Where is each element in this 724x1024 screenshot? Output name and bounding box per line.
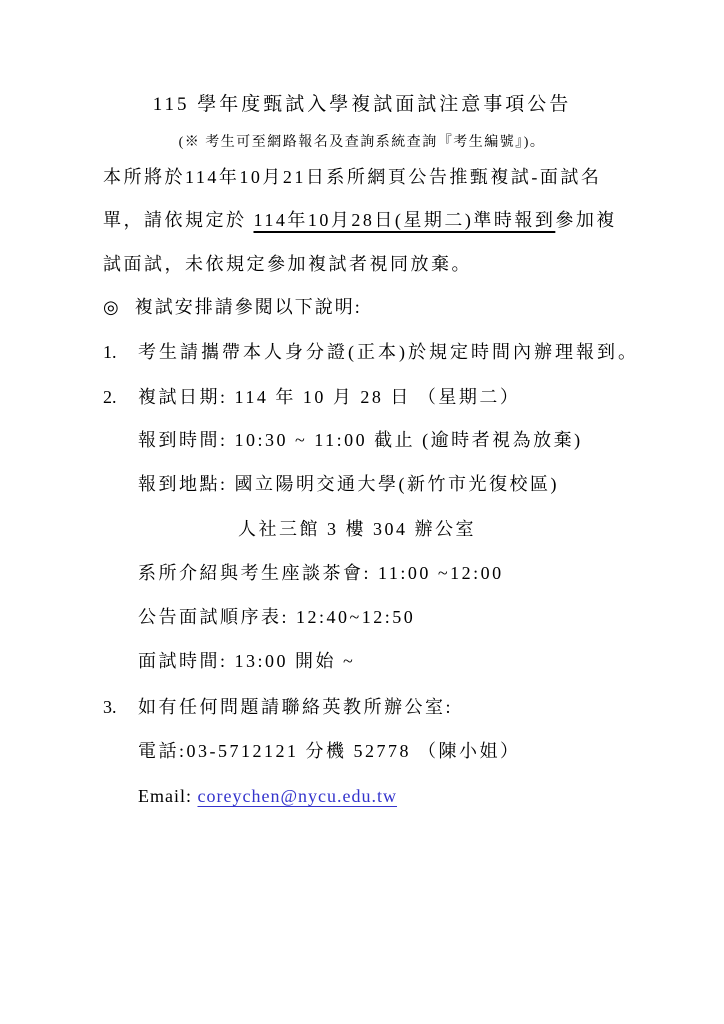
item-2-tea-session: 系所介紹與考生座談茶會: 11:00 ~12:00: [138, 561, 504, 585]
list-item-1: 1.考生請攜帶本人身分證(正本)於規定時間內辦理報到。: [103, 340, 639, 364]
email-link[interactable]: coreychen@nycu.edu.tw: [198, 786, 398, 806]
item-2-interview-time: 面試時間: 13:00 開始 ~: [138, 649, 355, 673]
email-label: Email:: [138, 786, 198, 806]
list-item-1-text: 考生請攜帶本人身分證(正本)於規定時間內辦理報到。: [138, 342, 639, 362]
list-item-2: 2.複試日期: 114 年 10 月 28 日 （星期二）: [103, 385, 520, 409]
list-item-3-number: 3.: [103, 695, 138, 719]
section-heading: ◎複試安排請參閱以下說明:: [103, 295, 362, 319]
intro-line-1: 本所將於114年10月21日系所網頁公告推甄複試-面試名: [103, 165, 601, 189]
list-item-3-text: 如有任何問題請聯絡英教所辦公室:: [138, 697, 453, 717]
list-item-2-number: 2.: [103, 385, 138, 409]
list-item-2-text: 複試日期: 114 年 10 月 28 日 （星期二）: [138, 387, 520, 407]
intro-line-2: 單，請依規定於 114年10月28日(星期二)準時報到參加複: [103, 208, 617, 232]
list-item-1-number: 1.: [103, 340, 138, 364]
item-2-location-building: 人社三館 3 樓 304 辦公室: [238, 517, 476, 541]
contact-phone: 電話:03-5712121 分機 52778 （陳小姐）: [138, 739, 521, 763]
section-heading-text: 複試安排請參閱以下說明:: [135, 297, 362, 317]
intro-line-3: 試面試，未依規定參加複試者視同放棄。: [103, 252, 472, 276]
document-page: 115 學年度甄試入學複試面試注意事項公告 (※ 考生可至網路報名及查詢系統查詢…: [0, 0, 724, 1024]
document-subtitle: (※ 考生可至網路報名及查詢系統查詢『考生編號』)。: [0, 131, 724, 155]
item-2-checkin-location: 報到地點: 國立陽明交通大學(新竹市光復校區): [138, 472, 559, 496]
item-2-interview-order: 公告面試順序表: 12:40~12:50: [138, 605, 415, 629]
list-item-3: 3.如有任何問題請聯絡英教所辦公室:: [103, 695, 453, 719]
section-bullet-icon: ◎: [103, 297, 121, 317]
item-2-checkin-time: 報到時間: 10:30 ~ 11:00 截止 (逾時者視為放棄): [138, 428, 583, 452]
intro-line-2-suffix: 參加複: [555, 210, 617, 230]
intro-line-2-underlined-date: 114年10月28日(星期二)準時報到: [254, 210, 556, 230]
contact-email-line: Email: coreychen@nycu.edu.tw: [138, 784, 397, 808]
document-title: 115 學年度甄試入學複試面試注意事項公告: [0, 93, 724, 117]
intro-line-2-prefix: 單，請依規定於: [103, 210, 254, 230]
